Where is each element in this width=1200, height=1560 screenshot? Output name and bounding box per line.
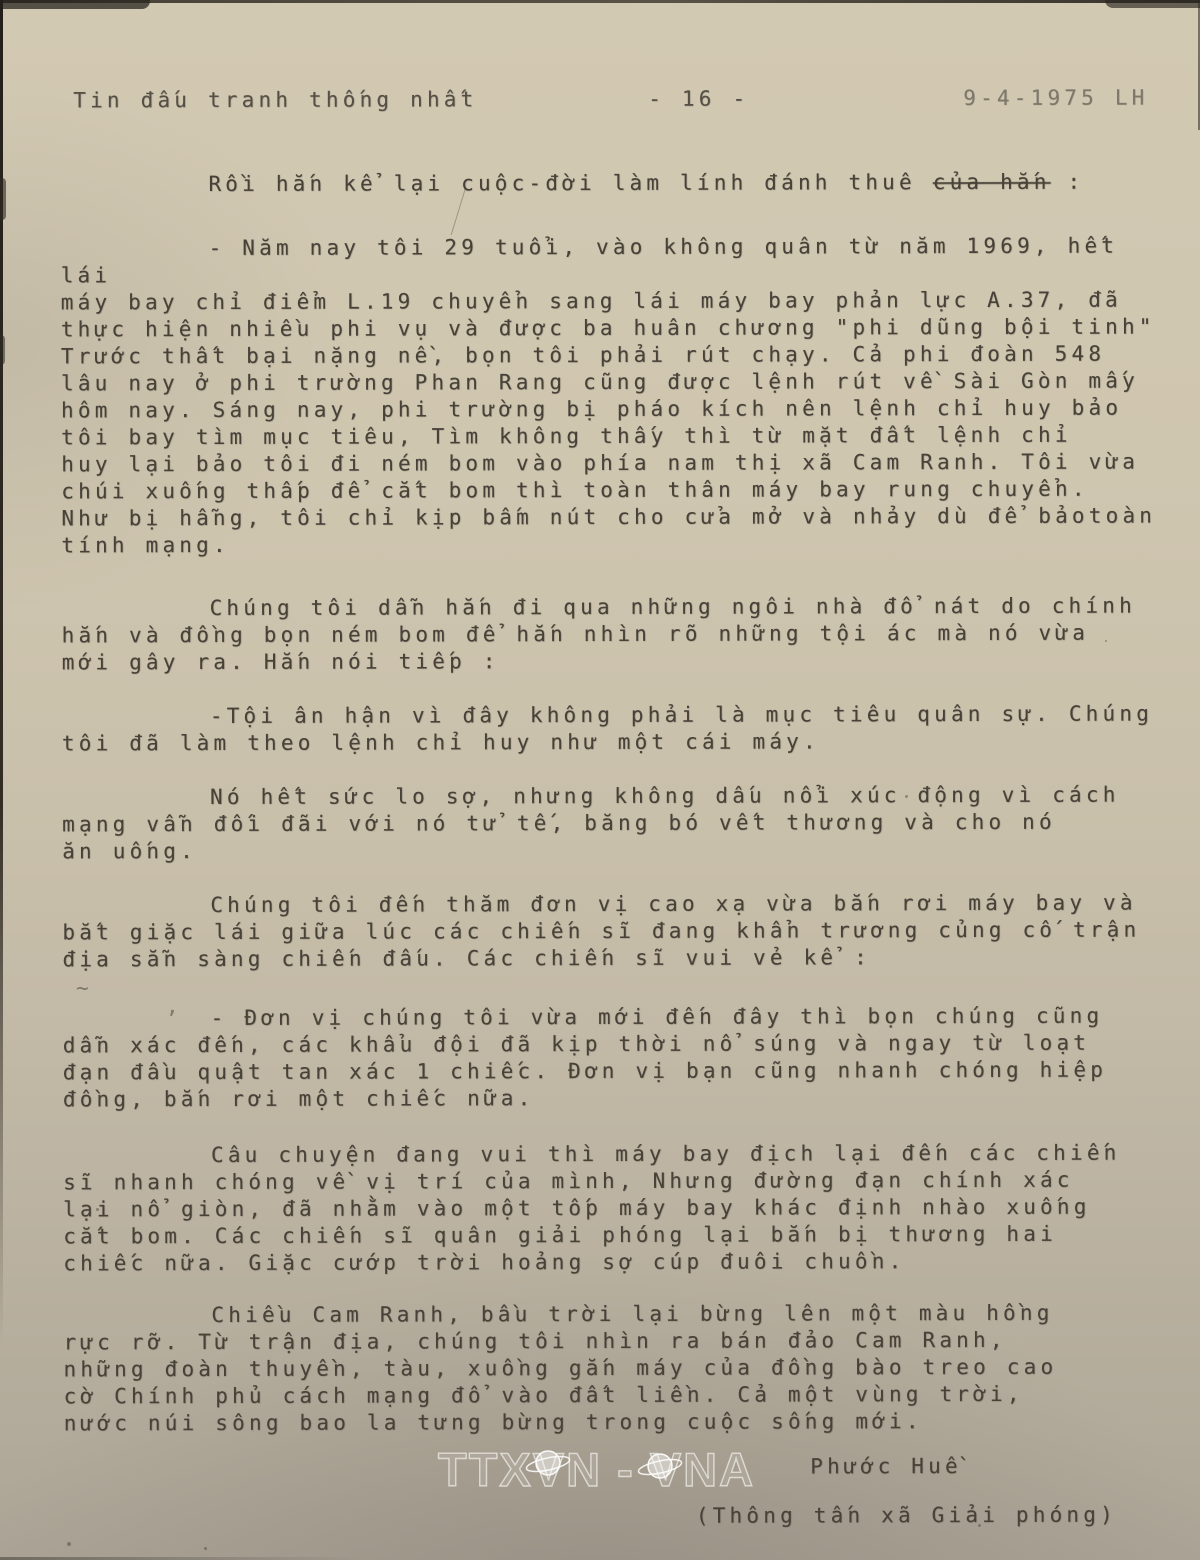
stray-pencil-mark: ~	[76, 976, 89, 1000]
opening-lead: Rồi hắn kể lại cuộc-đời làm lính đánh th…	[208, 170, 932, 196]
paragraph-8: Chiều Cam Ranh, bầu trời lại bừng lên mộ…	[63, 1300, 1161, 1438]
opening-tail: :	[1051, 170, 1085, 194]
date-annotation: 9-4-1975 LH	[963, 85, 1148, 112]
page-number: - 16 -	[648, 86, 749, 113]
paragraph-2: Chúng tôi dẫn hắn đi qua những ngôi nhà …	[62, 593, 1160, 677]
scanned-document-page: Tin đấu tranh thống nhất - 16 - 9-4-1975…	[0, 0, 1200, 1560]
document-text: Tin đấu tranh thống nhất - 16 - 9-4-1975…	[0, 0, 1200, 1560]
agency-name: (Thông tấn xã Giải phóng)	[64, 1502, 1162, 1532]
paragraph-6: - Đơn vị chúng tôi vừa mới đến đây thì b…	[63, 1003, 1161, 1114]
author-name: Phước Huề	[64, 1453, 1162, 1483]
opening-line: Rồi hắn kể lại cuộc-đời làm lính đánh th…	[60, 169, 1158, 199]
stray-pencil-mark: ,	[166, 994, 179, 1018]
opening-struck-text: của hắn	[933, 170, 1051, 194]
paragraph-7: Câu chuyện đang vui thì máy bay địch lại…	[63, 1140, 1161, 1278]
paragraph-4: Nó hết sức lo sợ, nhưng không dấu nổi xú…	[62, 782, 1160, 866]
paragraph-3: -Tội ân hận vì đây không phải là mục tiê…	[62, 701, 1160, 758]
page-header: Tin đấu tranh thống nhất - 16 - 9-4-1975…	[60, 85, 1158, 115]
paragraph-5: Chúng tôi đến thăm đơn vị cao xạ vừa bắn…	[62, 890, 1160, 974]
paragraph-1: - Năm nay tôi 29 tuổi, vào không quân từ…	[61, 233, 1160, 560]
document-title: Tin đấu tranh thống nhất	[73, 86, 477, 114]
